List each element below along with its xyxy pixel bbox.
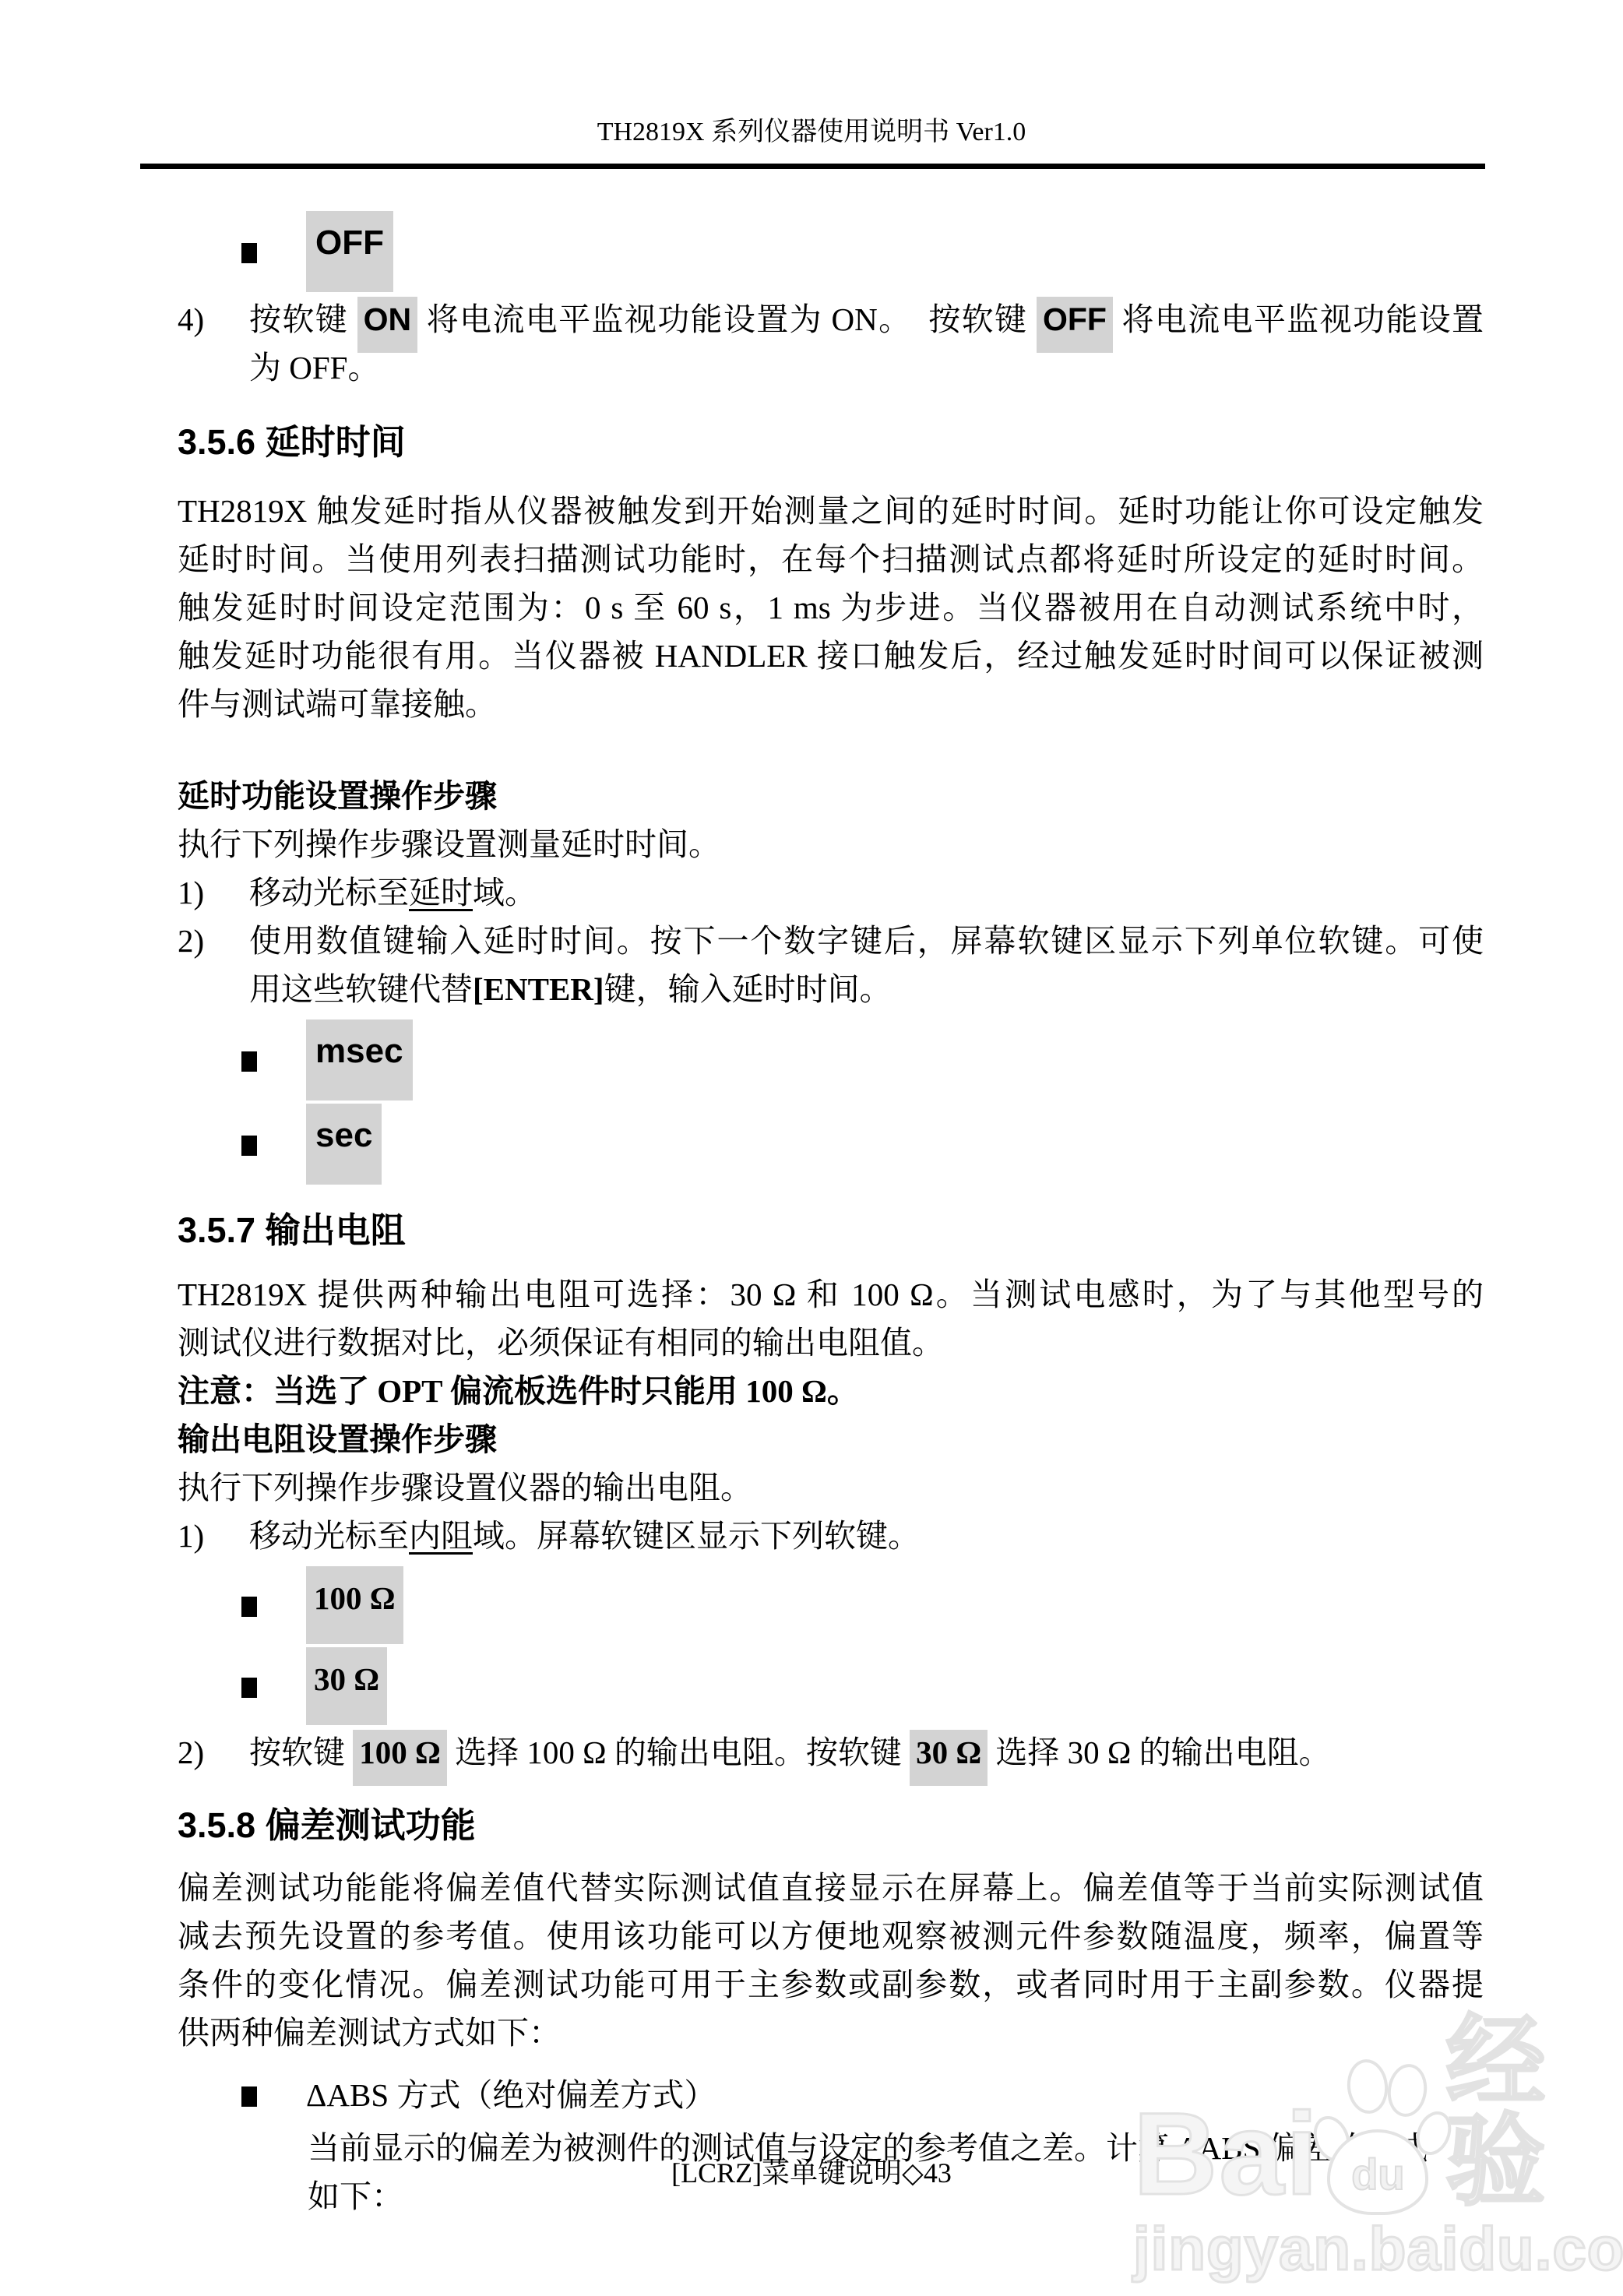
page-content: OFF 4) 按软键 ON 将电流电平监视功能设置为 ON。 按软键 OFF 将…	[178, 211, 1484, 2220]
watermark-bai-text: Bai	[1133, 2095, 1319, 2212]
para-line: 条件的变化情况。偏差测试功能可用于主参数或副参数，或者同时用于主副参数。仪器提	[178, 1960, 1484, 2009]
step-1-delay-text: 移动光标至延时域。	[249, 868, 1484, 917]
step-2-resistance: 2) 按软键 100 Ω 选择 100 Ω 的输出电阻。按软键 30 Ω 选择 …	[178, 1728, 1484, 1777]
watermark-jingyan-text: 经验	[1445, 2013, 1585, 2212]
note-line: 注意：当选了 OPT 偏流板选件时只能用 100 Ω。	[178, 1367, 1484, 1415]
para-357: TH2819X 提供两种输出电阻可选择：30 Ω 和 100 Ω。当测试电感时，…	[178, 1270, 1484, 1367]
softkey-inline-off: OFF	[1037, 297, 1113, 353]
delta-abs-label: ΔABS 方式（绝对偏差方式）	[306, 2069, 716, 2121]
step-2-resistance-text: 按软键 100 Ω 选择 100 Ω 的输出电阻。按软键 30 Ω 选择 30 …	[249, 1728, 1484, 1777]
para-358: 偏差测试功能能将偏差值代替实际测试值直接显示在屏幕上。偏差值等于当前实际测试值 …	[178, 1864, 1484, 2057]
list-item-4-line2: 为 OFF。	[249, 343, 1484, 392]
manual-page: TH2819X 系列仪器使用说明书 Ver1.0 OFF 4) 按软键 ON 将…	[0, 0, 1623, 2296]
step-2-delay-line2: 用这些软键代替[ENTER]键，输入延时时间。	[249, 965, 1484, 1013]
steps-intro-delay: 执行下列操作步骤设置测量延时时间。	[178, 820, 1484, 868]
softkey-inline-100ohm: 100 Ω	[353, 1730, 447, 1786]
para-line: 延时时间。当使用列表扫描测试功能时，在每个扫描测试点都将延时所设定的延时时间。	[178, 535, 1484, 583]
section-heading-356: 3.5.6 延时时间	[178, 417, 1484, 468]
bullet-square-icon	[241, 1136, 257, 1156]
enter-key-label: [ENTER]	[473, 971, 604, 1007]
text-segment: 移动光标至	[249, 875, 409, 910]
steps-intro-resistance: 执行下列操作步骤设置仪器的输出电阻。	[178, 1463, 1484, 1512]
watermark-du-text: du	[1351, 2132, 1404, 2196]
softkey-label-30ohm: 30 Ω	[306, 1647, 387, 1725]
text-segment: 域。	[473, 875, 537, 910]
list-item-4-line1: 按软键 ON 将电流电平监视功能设置为 ON。 按软键 OFF 将电流电平监视功…	[249, 295, 1484, 343]
bullet-square-icon	[241, 2086, 257, 2107]
text-segment: 按软键	[249, 301, 357, 337]
step-1-resistance: 1) 移动光标至内阻域。屏幕软键区显示下列软键。	[178, 1512, 1484, 1560]
softkey-label-sec: sec	[306, 1104, 382, 1185]
watermark-url-text: jingyan.baidu.com	[1133, 2215, 1585, 2282]
text-segment: 用这些软键代替	[249, 971, 473, 1007]
para-line: TH2819X 触发延时指从仪器被触发到开始测量之间的延时时间。延时功能让你可设…	[178, 487, 1484, 535]
step-2-delay: 2) 使用数值键输入延时时间。按下一个数字键后，屏幕软键区显示下列单位软键。可使	[178, 917, 1484, 965]
softkey-label-msec: msec	[306, 1019, 413, 1100]
step-2-delay-line1: 使用数值键输入延时时间。按下一个数字键后，屏幕软键区显示下列单位软键。可使	[249, 917, 1484, 965]
bullet-square-icon	[241, 243, 257, 263]
text-segment: 移动光标至	[249, 1518, 409, 1554]
softkey-bullet-msec: msec	[241, 1019, 1484, 1100]
steps-heading-resistance: 输出电阻设置操作步骤	[178, 1415, 1484, 1463]
paw-toe-icon	[1385, 2062, 1431, 2119]
step-1-resistance-text: 移动光标至内阻域。屏幕软键区显示下列软键。	[249, 1512, 1484, 1560]
bullet-square-icon	[241, 1678, 257, 1698]
text-segment: 键，输入延时时间。	[604, 971, 892, 1007]
softkey-bullet-sec: sec	[241, 1104, 1484, 1185]
text-segment: 按软键	[249, 1734, 353, 1770]
list-number: 2)	[178, 917, 249, 965]
header-rule	[140, 164, 1485, 169]
para-line: 减去预先设置的参考值。使用该功能可以方便地观察被测元件参数随温度，频率，偏置等	[178, 1912, 1484, 1960]
list-number: 1)	[178, 868, 249, 917]
list-number: 1)	[178, 1512, 249, 1560]
para-line: 触发延时功能很有用。当仪器被 HANDLER 接口触发后，经过触发延时时间可以保…	[178, 632, 1484, 680]
softkey-bullet-30ohm: 30 Ω	[241, 1647, 1484, 1725]
baidu-jingyan-watermark: Bai du 经验 jingyan.baidu.com	[1133, 2047, 1585, 2282]
para-line: 触发延时时间设定范围为：0 s 至 60 s，1 ms 为步进。当仪器被用在自动…	[178, 583, 1484, 632]
section-heading-358: 3.5.8 偏差测试功能	[178, 1800, 1484, 1851]
page-header-title: TH2819X 系列仪器使用说明书 Ver1.0	[0, 0, 1623, 148]
para-line: 件与测试端可靠接触。	[178, 680, 1484, 728]
para-line: 偏差测试功能能将偏差值代替实际测试值直接显示在屏幕上。偏差值等于当前实际测试值	[178, 1864, 1484, 1912]
text-segment: 选择 100 Ω 的输出电阻。按软键	[447, 1734, 910, 1770]
paw-pad-icon: du	[1327, 2129, 1428, 2215]
steps-heading-delay: 延时功能设置操作步骤	[178, 772, 1484, 820]
watermark-logo-row: Bai du 经验	[1133, 2047, 1585, 2212]
text-segment: 域。屏幕软键区显示下列软键。	[473, 1518, 920, 1554]
paw-toe-icon	[1345, 2057, 1391, 2115]
section-heading-357: 3.5.7 输出电阻	[178, 1205, 1484, 1256]
text-segment: 将电流电平监视功能设置	[1113, 301, 1484, 337]
bullet-square-icon	[241, 1051, 257, 1072]
list-item-4: 4) 按软键 ON 将电流电平监视功能设置为 ON。 按软键 OFF 将电流电平…	[178, 295, 1484, 343]
list-number: 4)	[178, 295, 249, 343]
list-number: 2)	[178, 1728, 249, 1777]
softkey-label-off: OFF	[306, 211, 393, 292]
step-1-delay: 1) 移动光标至延时域。	[178, 868, 1484, 917]
softkey-bullet-100ohm: 100 Ω	[241, 1566, 1484, 1644]
bullet-square-icon	[241, 1597, 257, 1617]
text-segment: 选择 30 Ω 的输出电阻。	[988, 1734, 1330, 1770]
softkey-inline-30ohm: 30 Ω	[910, 1730, 988, 1786]
field-name-underlined: 内阻	[409, 1518, 473, 1554]
para-line: 测试仪进行数据对比，必须保证有相同的输出电阻值。	[178, 1319, 1484, 1367]
softkey-label-100ohm: 100 Ω	[306, 1566, 403, 1644]
para-line: TH2819X 提供两种输出电阻可选择：30 Ω 和 100 Ω。当测试电感时，…	[178, 1270, 1484, 1319]
para-356: TH2819X 触发延时指从仪器被触发到开始测量之间的延时时间。延时功能让你可设…	[178, 487, 1484, 728]
softkey-bullet-off: OFF	[241, 211, 1484, 292]
text-segment: 将电流电平监视功能设置为 ON。 按软键	[417, 301, 1037, 337]
field-name-underlined: 延时	[409, 875, 473, 910]
baidu-paw-icon: du	[1316, 2056, 1435, 2212]
